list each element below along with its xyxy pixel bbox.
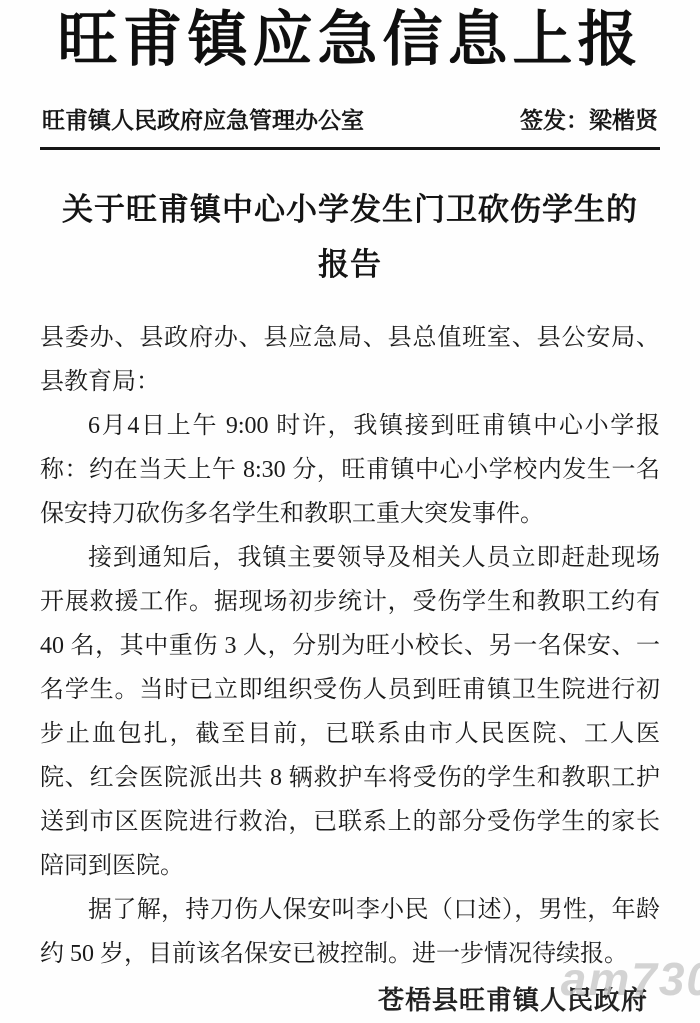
issuer-signoff: 签发：梁楷贤 — [520, 102, 658, 135]
document-title: 关于旺甫镇中心小学发生门卫砍伤学生的报告 — [58, 182, 642, 292]
letter-body: 县委办、县政府办、县应急局、县总值班室、县公安局、县教育局： 6月4日上午 9:… — [40, 316, 660, 976]
body-paragraph-1: 6月4日上午 9:00 时许，我镇接到旺甫镇中心小学报称：约在当天上午 8:30… — [40, 404, 660, 536]
signature-org: 苍梧县旺甫镇人民政府 — [378, 980, 648, 1017]
body-paragraph-2: 接到通知后，我镇主要领导及相关人员立即赶赴现场开展救援工作。据现场初步统计，受伤… — [40, 536, 660, 888]
divider-rule — [40, 147, 660, 150]
issuing-office-name: 旺甫镇人民政府应急管理办公室 — [42, 102, 364, 135]
masthead-title: 旺甫镇应急信息上报 — [0, 0, 700, 76]
body-paragraph-3: 据了解，持刀伤人保安叫李小民（口述），男性，年龄约 50 岁，目前该名保安已被控… — [40, 888, 660, 976]
recipients-line: 县委办、县政府办、县应急局、县总值班室、县公安局、县教育局： — [40, 316, 660, 404]
scanned-report-page: 旺甫镇应急信息上报 旺甫镇人民政府应急管理办公室 签发：梁楷贤 关于旺甫镇中心小… — [0, 0, 700, 1023]
meta-row: 旺甫镇人民政府应急管理办公室 签发：梁楷贤 — [42, 102, 658, 135]
